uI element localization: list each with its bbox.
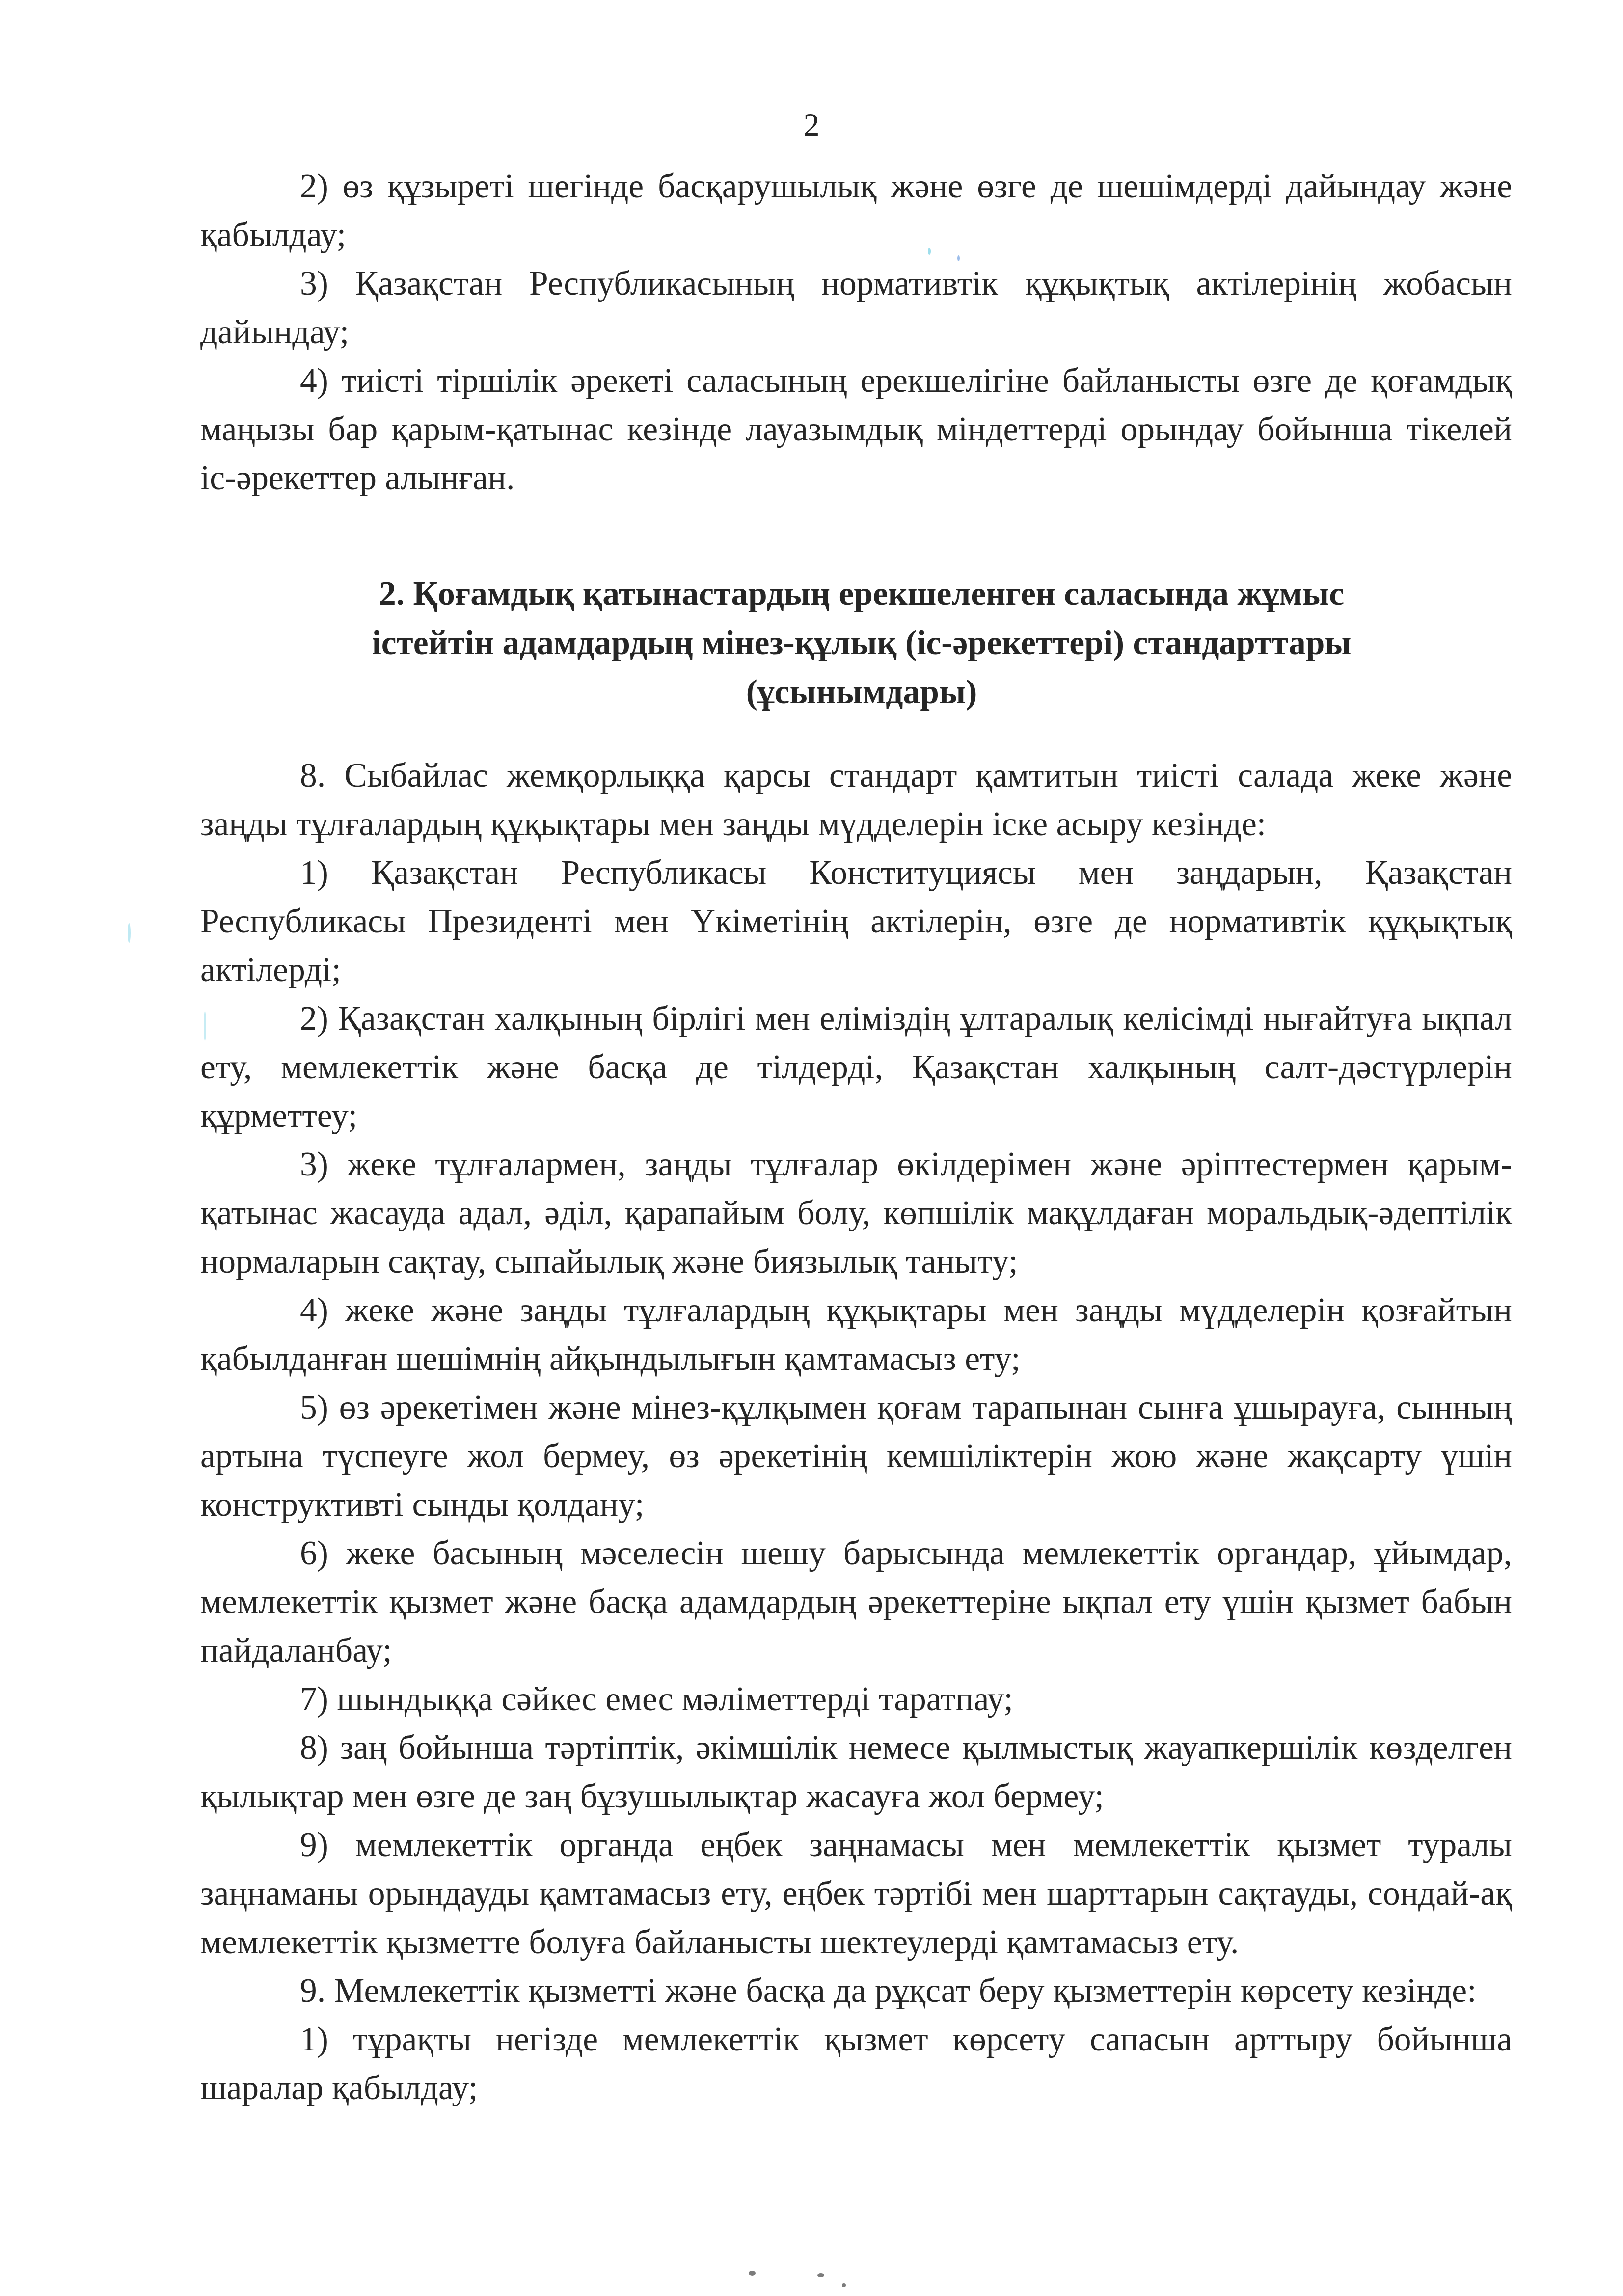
scan-artifact [204, 1011, 206, 1041]
scan-artifact [749, 2271, 756, 2276]
list-item: 3) Қазақстан Республикасының нормативтік… [200, 259, 1512, 356]
section-heading: 2. Қоғамдық қатынастардың ерекшеленген с… [255, 570, 1468, 717]
list-item: 1) тұрақты негізде мемлекеттік қызмет кө… [200, 2015, 1512, 2112]
list-item: 4) жеке және заңды тұлғалардың құқықтары… [200, 1286, 1512, 1383]
list-item: 4) тиісті тіршілік әрекеті саласының ере… [200, 356, 1512, 502]
page-number: 2 [0, 106, 1623, 145]
list-item: 1) Қазақстан Республикасы Конституциясы … [200, 848, 1512, 994]
section-heading-line: 2. Қоғамдық қатынастардың ерекшеленген с… [255, 570, 1468, 619]
list-item: 9) мемлекеттік органда еңбек заңнамасы м… [200, 1821, 1512, 1967]
list-item: 2) Қазақстан халқының бірлігі мен еліміз… [200, 994, 1512, 1140]
top-items-list: 2) өз құзыреті шегінде басқарушылық және… [200, 162, 1512, 502]
section-heading-line: (ұсынымдары) [255, 668, 1468, 717]
clause-intro: 9. Мемлекеттік қызметті және басқа да рұ… [200, 1967, 1512, 2015]
list-item: 8) заң бойынша тәртіптік, әкімшілік неме… [200, 1723, 1512, 1821]
scan-artifact [817, 2273, 824, 2277]
list-item: 7) шындыққа сәйкес емес мәліметтерді тар… [200, 1675, 1512, 1723]
list-item: 6) жеке басының мәселесін шешу барысында… [200, 1529, 1512, 1675]
scan-artifact [957, 255, 960, 261]
list-item: 2) өз құзыреті шегінде басқарушылық және… [200, 162, 1512, 259]
scan-artifact [842, 2283, 846, 2287]
list-item: 3) жеке тұлғалармен, заңды тұлғалар өкіл… [200, 1140, 1512, 1286]
section-heading-line: істейтін адамдардың мінез-құлық (іс-әрек… [255, 619, 1468, 668]
scan-artifact [128, 923, 131, 943]
scan-artifact [928, 248, 931, 255]
clause-8: 8. Сыбайлас жемқорлыққа қарсы стандарт қ… [200, 751, 1512, 2112]
clause-intro: 8. Сыбайлас жемқорлыққа қарсы стандарт қ… [200, 751, 1512, 848]
list-item: 5) өз әрекетімен және мінез-құлқымен қоғ… [200, 1383, 1512, 1529]
